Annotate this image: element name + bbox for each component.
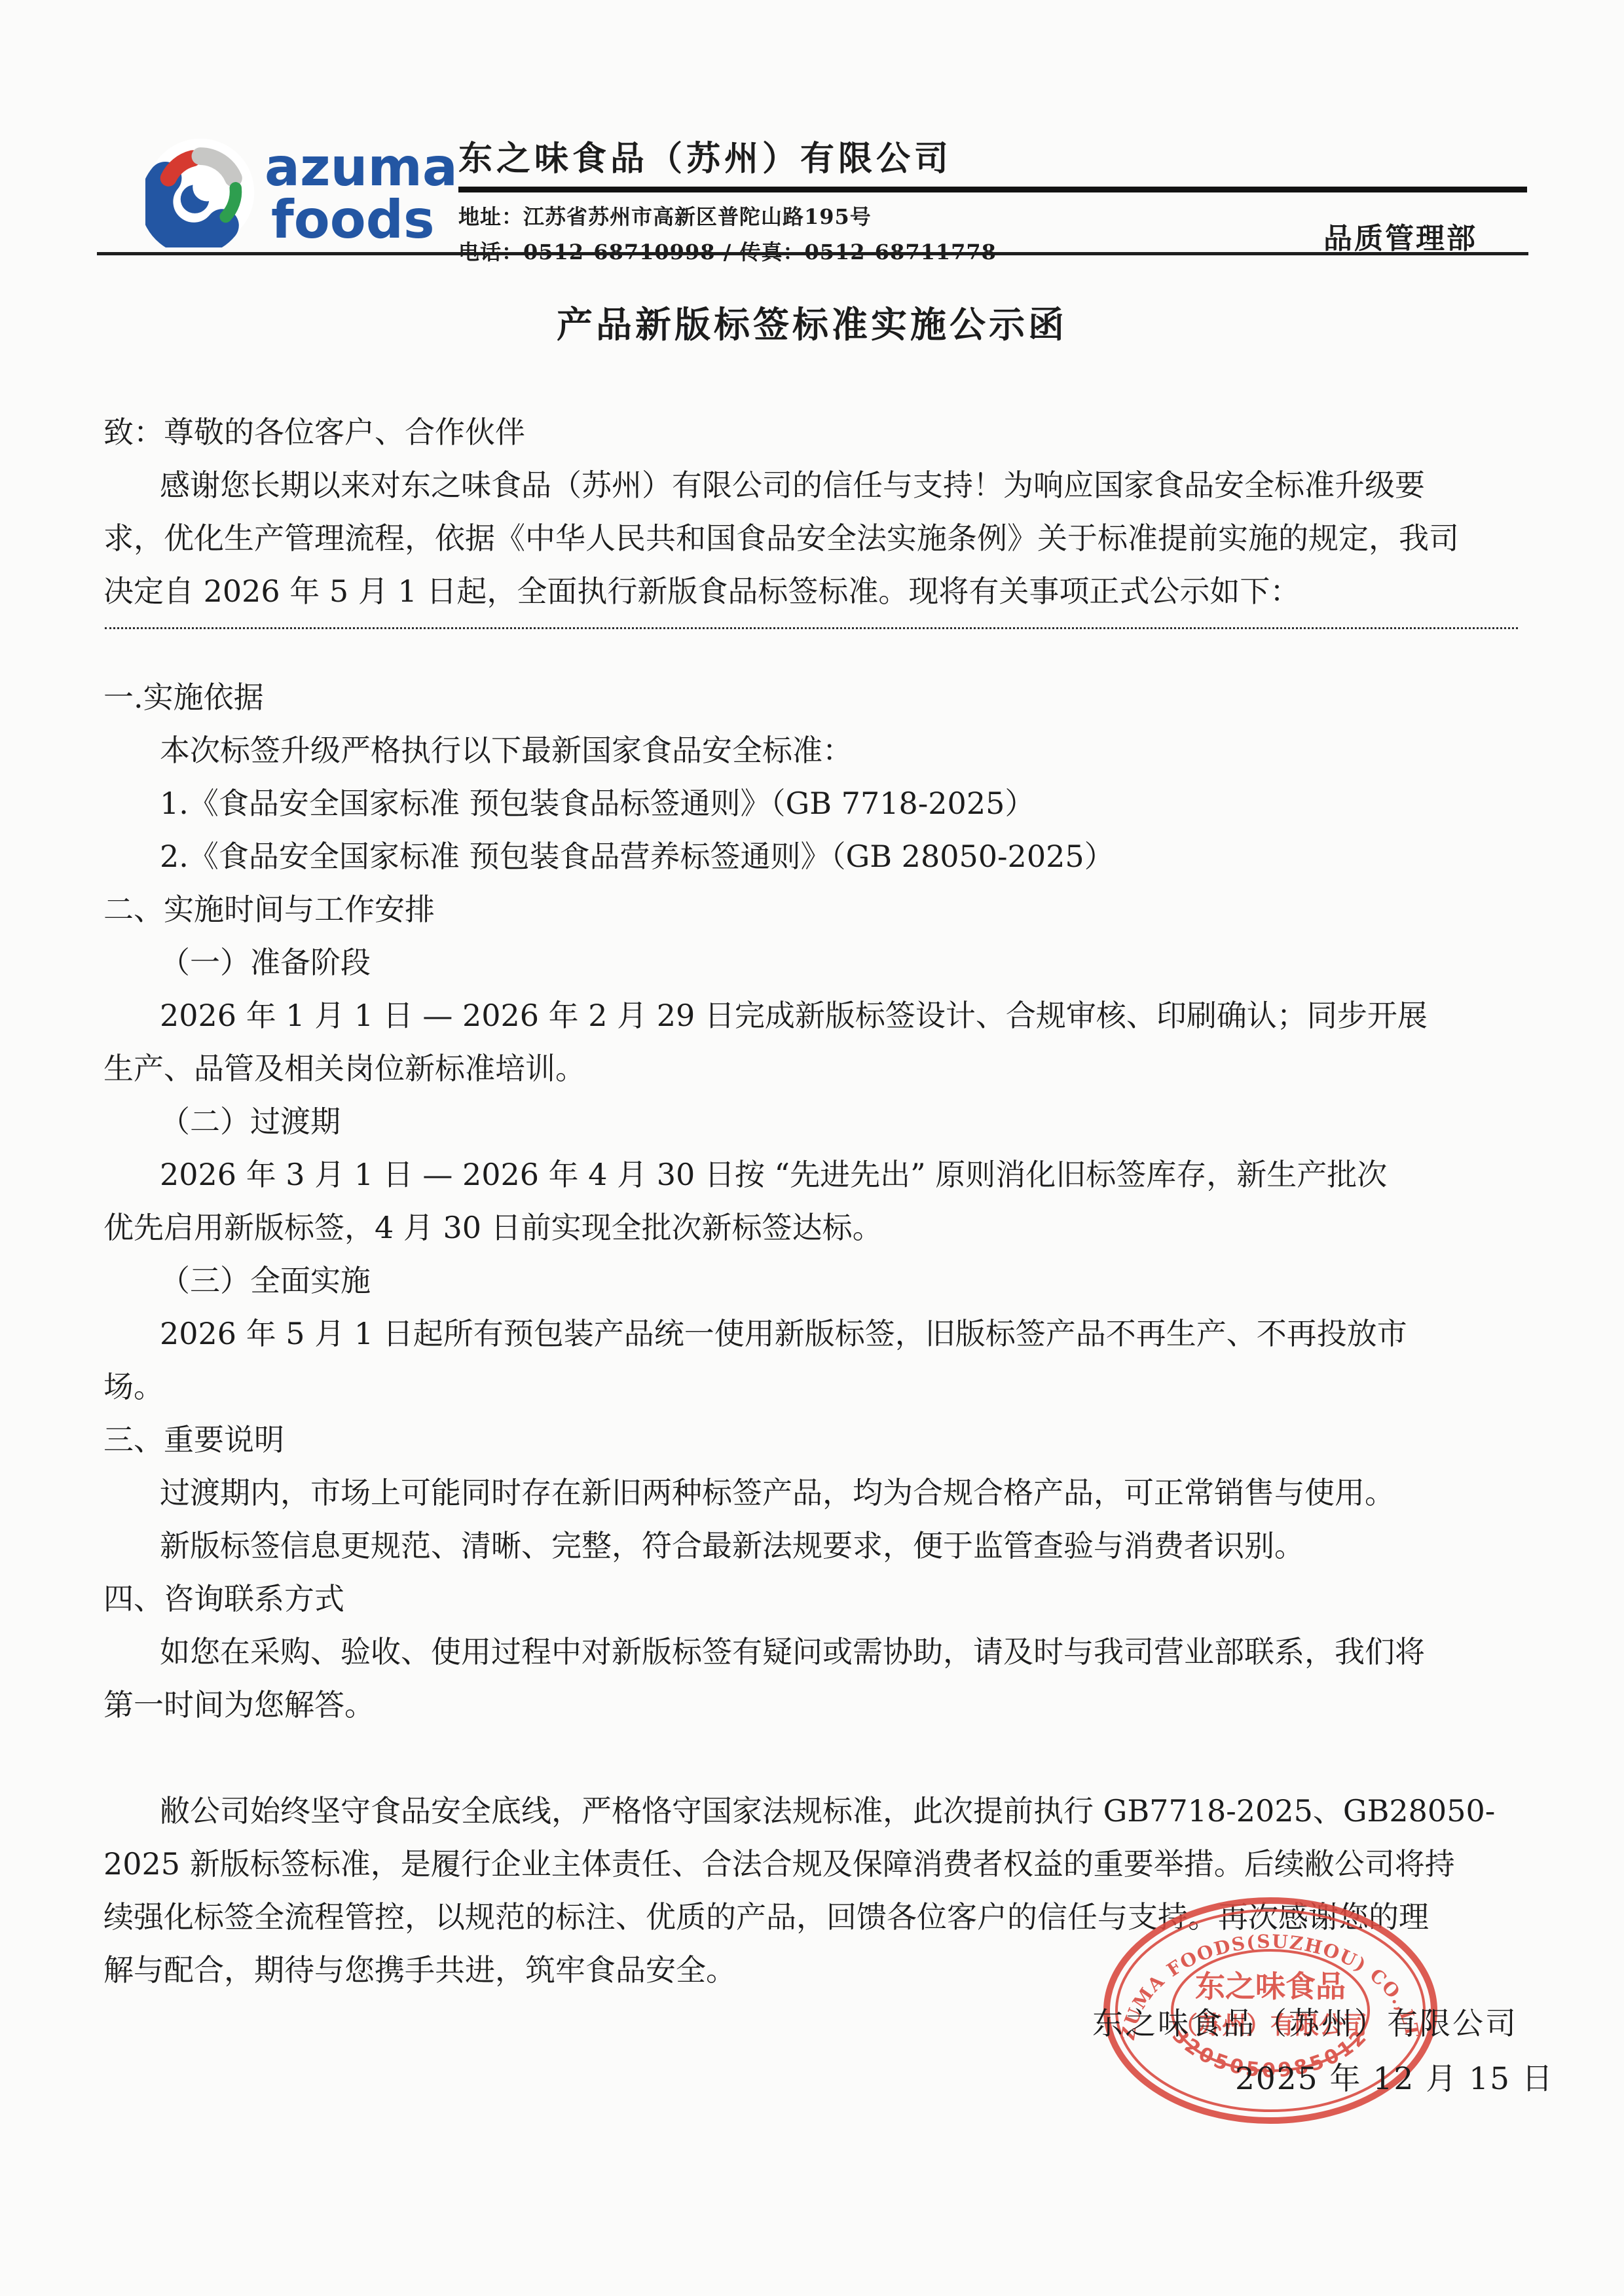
department-label: 品质管理部 xyxy=(1323,215,1477,257)
sub-heading: （二）过渡期 xyxy=(103,1095,1524,1148)
section-heading: 二、实施时间与工作安排 xyxy=(103,883,1524,936)
body-line: 1.《食品安全国家标准 预包装食品标签通则》（GB 7718-2025） xyxy=(103,777,1524,830)
body-line: 2025 新版标签标准，是履行企业主体责任、合法合规及保障消费者权益的重要举措。… xyxy=(103,1838,1524,1891)
logo-word-foods: foods xyxy=(265,194,458,246)
azuma-logo-icon xyxy=(145,137,255,247)
body-line: 如您在采购、验收、使用过程中对新版标签有疑问或需协助，请及时与我司营业部联系，我… xyxy=(103,1626,1524,1679)
body-line: 第一时间为您解答。 xyxy=(103,1679,1524,1732)
sub-heading: （一）准备阶段 xyxy=(103,936,1524,989)
logo-wordmark: azuma foods xyxy=(265,141,458,246)
body-line: 本次标签升级严格执行以下最新国家食品安全标准： xyxy=(103,724,1524,777)
sub-heading: （三）全面实施 xyxy=(103,1254,1524,1307)
signature-date: 2025 年 12 月 15 日 xyxy=(1235,2064,1554,2094)
body-line: 致：尊敬的各位客户、合作伙伴 xyxy=(103,406,1524,459)
body-line: 过渡期内，市场上可能同时存在新旧两种标签产品，均为合规合格产品，可正常销售与使用… xyxy=(103,1467,1524,1520)
body-line: 求，优化生产管理流程，依据《中华人民共和国食品安全法实施条例》关于标准提前实施的… xyxy=(103,512,1524,565)
body-line: 2.《食品安全国家标准 预包装食品营养标签通则》（GB 28050-2025） xyxy=(103,830,1524,883)
stamp-center-line1: 东之味食品 xyxy=(1195,1969,1346,2004)
signature-company: 东之味食品（苏州）有限公司 xyxy=(1092,2009,1518,2039)
section-heading: 一.实施依据 xyxy=(103,671,1524,724)
section-heading: 三、重要说明 xyxy=(103,1413,1524,1467)
body-line: 2026 年 5 月 1 日起所有预包装产品统一使用新版标签，旧版标签产品不再生… xyxy=(103,1307,1524,1360)
dotted-divider xyxy=(103,618,1524,671)
blank-line xyxy=(103,1732,1524,1785)
body-line: 敝公司始终坚守食品安全底线，严格恪守国家法规标准，此次提前执行 GB7718-2… xyxy=(103,1785,1524,1838)
body-line: 2026 年 1 月 1 日 — 2026 年 2 月 29 日完成新版标签设计… xyxy=(103,989,1524,1042)
letter-body: 致：尊敬的各位客户、合作伙伴 感谢您长期以来对东之味食品（苏州）有限公司的信任与… xyxy=(103,406,1524,1997)
letterhead-rule xyxy=(458,187,1527,192)
letterhead-company-name: 东之味食品（苏州）有限公司 xyxy=(458,131,1527,180)
body-line: 新版标签信息更规范、清晰、完整，符合最新法规要求，便于监管查验与消费者识别。 xyxy=(103,1520,1524,1573)
scanned-notice-page: { "header": { "logo": { "word1": "azuma"… xyxy=(0,0,1624,2296)
body-line: 感谢您长期以来对东之味食品（苏州）有限公司的信任与支持！为响应国家食品安全标准升… xyxy=(103,459,1524,512)
body-line: 场。 xyxy=(103,1360,1524,1413)
page-title: 产品新版标签标准实施公示函 xyxy=(0,296,1624,348)
body-line: 2026 年 3 月 1 日 — 2026 年 4 月 30 日按 “先进先出”… xyxy=(103,1148,1524,1201)
section-heading: 四、咨询联系方式 xyxy=(103,1573,1524,1626)
body-line: 优先启用新版标签，4 月 30 日前实现全批次新标签达标。 xyxy=(103,1201,1524,1254)
header-divider xyxy=(97,252,1528,255)
body-line: 决定自 2026 年 5 月 1 日起，全面执行新版食品标签标准。现将有关事项正… xyxy=(103,565,1524,618)
body-line: 生产、品管及相关岗位新标准培训。 xyxy=(103,1042,1524,1095)
